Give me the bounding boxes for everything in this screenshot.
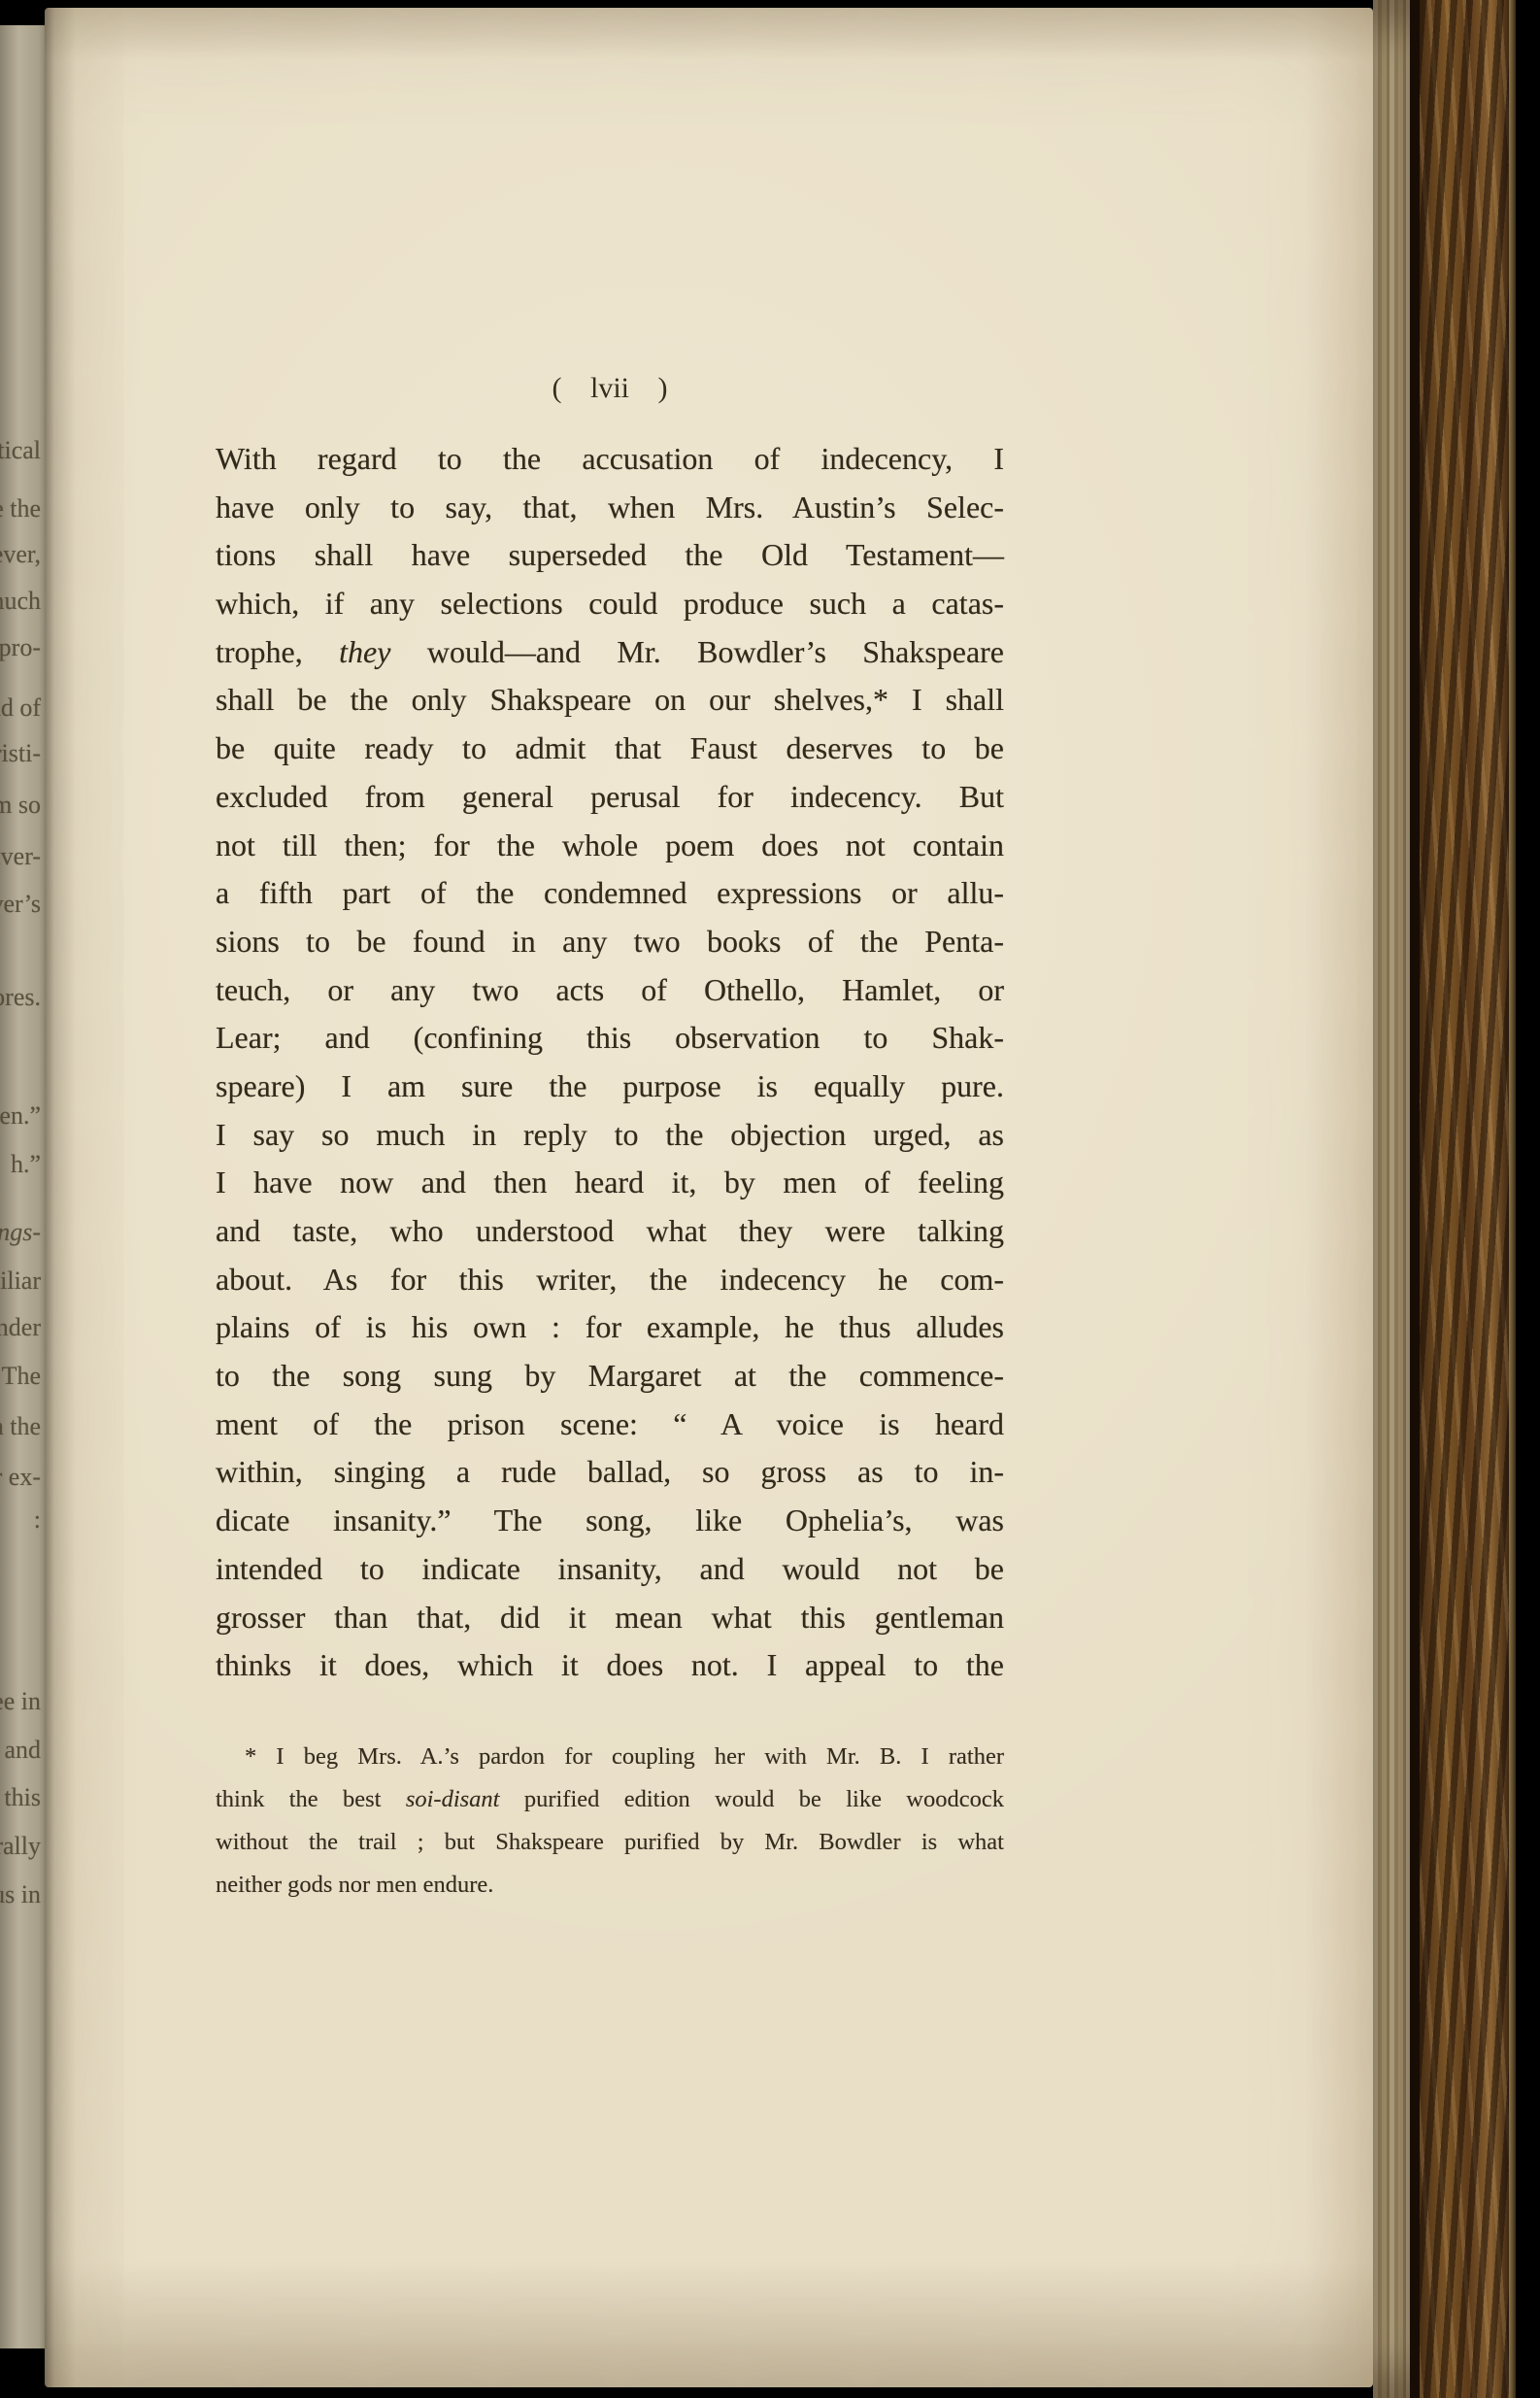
- text-line: and taste, who understood what they were…: [216, 1207, 1004, 1256]
- binding-gap: [1410, 0, 1420, 2398]
- left-page-text-fragment: ühlen.”: [0, 1101, 41, 1131]
- text-segment: would––and Mr. Bowdler’s Shakspeare: [390, 634, 1004, 669]
- text-segment: teuch, or any two acts of Othello, Hamle…: [216, 972, 1004, 1007]
- text-segment: intended to indicate insanity, and would…: [216, 1551, 1004, 1586]
- text-segment: ment of the prison scene: “ A voice is h…: [216, 1406, 1004, 1441]
- text-segment: which, if any selections could produce s…: [216, 586, 1004, 621]
- italic-text: soi-disant: [406, 1786, 500, 1812]
- left-page-text-fragment: agree in: [0, 1687, 41, 1716]
- text-line: grosser than that, did it mean what this…: [216, 1594, 1004, 1642]
- left-page-edge: sticale therever,muchl pro-ind ofhristi-…: [0, 25, 45, 2348]
- text-segment: purified edition would be like woodcock: [499, 1786, 1004, 1812]
- text-line: intended to indicate insanity, and would…: [216, 1545, 1004, 1594]
- text-line: With regard to the accusation of indecen…: [216, 435, 1004, 484]
- text-line: ment of the prison scene: “ A voice is h…: [216, 1401, 1004, 1449]
- left-page-text-fragment: much: [0, 587, 41, 616]
- text-segment: trophe,: [216, 634, 339, 669]
- text-segment: plains of is his own : for example, he t…: [216, 1309, 1004, 1344]
- text-segment: within, singing a rude ballad, so gross …: [216, 1454, 1004, 1489]
- footnote-line: * I beg Mrs. A.’s pardon for coupling he…: [216, 1736, 1004, 1778]
- text-line: excluded from general perusal for indece…: [216, 773, 1004, 822]
- text-line: speare) I am sure the purpose is equally…: [216, 1063, 1004, 1111]
- text-segment: * I beg Mrs. A.’s pardon for coupling he…: [245, 1743, 1004, 1770]
- text-line: about. As for this writer, the indecency…: [216, 1256, 1004, 1304]
- text-line: trophe, they would––and Mr. Bowdler’s Sh…: [216, 628, 1004, 677]
- left-page-text-fragment: om so: [0, 791, 41, 820]
- footnote-line: without the trail ; but Shakspeare purif…: [216, 1821, 1004, 1864]
- text-segment: With regard to the accusation of indecen…: [216, 441, 1004, 476]
- left-page-text-fragment: ind of: [0, 693, 41, 723]
- text-segment: tions shall have superseded the Old Test…: [216, 537, 1004, 572]
- text-line: teuch, or any two acts of Othello, Hamle…: [216, 966, 1004, 1015]
- cover-edge-highlight: [1509, 0, 1516, 2398]
- book-cover-marbled: [1420, 0, 1509, 2398]
- text-segment: to the song sung by Margaret at the comm…: [216, 1358, 1004, 1393]
- text-line: to the song sung by Margaret at the comm…: [216, 1352, 1004, 1401]
- text-segment: without the trail ; but Shakspeare purif…: [216, 1829, 1004, 1855]
- page-stack-edge: [1373, 0, 1410, 2398]
- footnote-line: think the best soi-disant purified editi…: [216, 1778, 1004, 1821]
- text-line: dicate insanity.” The song, like Ophelia…: [216, 1497, 1004, 1545]
- left-page-text-fragment: . The: [0, 1362, 41, 1391]
- text-line: plains of is his own : for example, he t…: [216, 1303, 1004, 1352]
- text-line: shall be the only Shakspeare on our shel…: [216, 676, 1004, 725]
- left-page-text-fragment: lover’s: [0, 890, 41, 919]
- text-line: I have now and then heard it, by men of …: [216, 1159, 1004, 1207]
- text-segment: dicate insanity.” The song, like Ophelia…: [216, 1503, 1004, 1537]
- text-segment: grosser than that, did it mean what this…: [216, 1600, 1004, 1635]
- left-page-text-fragment: l pro-: [0, 633, 41, 662]
- left-page-text-fragment: hat this: [0, 1783, 41, 1812]
- left-page-text-fragment: ich the: [0, 1412, 41, 1441]
- text-line: not till then; for the whole poem does n…: [216, 822, 1004, 870]
- book-page: ( lvii ) With regard to the accusation o…: [45, 8, 1373, 2387]
- text-segment: about. As for this writer, the indecency…: [216, 1262, 1004, 1297]
- text-segment: I say so much in reply to the objection …: [216, 1117, 1004, 1152]
- text-line: Lear; and (confining this observation to…: [216, 1014, 1004, 1063]
- left-page-text-fragment: scores.: [0, 983, 41, 1012]
- left-page-text-fragment: rever,: [0, 540, 41, 569]
- text-line: within, singing a rude ballad, so gross …: [216, 1448, 1004, 1497]
- text-segment: a fifth part of the condemned expression…: [216, 875, 1004, 910]
- left-page-text-fragment: onver-: [0, 842, 41, 871]
- text-line: which, if any selections could produce s…: [216, 580, 1004, 628]
- page-number: ( lvii ): [216, 369, 1004, 408]
- text-line: have only to say, that, when Mrs. Austin…: [216, 484, 1004, 532]
- text-line: be quite ready to admit that Faust deser…: [216, 725, 1004, 773]
- text-line: sions to be found in any two books of th…: [216, 918, 1004, 966]
- left-page-text-fragment: :: [34, 1505, 41, 1535]
- italic-text: they: [339, 634, 390, 669]
- left-page-text-fragment: rous in: [0, 1880, 41, 1909]
- left-page-text-fragment: e the: [0, 494, 41, 524]
- text-segment: excluded from general perusal for indece…: [216, 779, 1004, 814]
- text-line: thinks it does, which it does not. I app…: [216, 1641, 1004, 1690]
- text-segment: be quite ready to admit that Faust deser…: [216, 730, 1004, 765]
- left-page-text-fragment: blunder: [0, 1313, 41, 1342]
- footnote: * I beg Mrs. A.’s pardon for coupling he…: [216, 1736, 1004, 1907]
- text-segment: not till then; for the whole poem does n…: [216, 827, 1004, 862]
- left-page-text-fragment: stical: [0, 436, 41, 465]
- left-page-text-fragment: hnungs-: [0, 1218, 41, 1247]
- left-page-text-fragment: fair ex-: [0, 1463, 41, 1492]
- text-segment: shall be the only Shakspeare on our shel…: [216, 682, 1004, 717]
- text-segment: thinks it does, which it does not. I app…: [216, 1647, 1004, 1682]
- left-page-text-fragment: familiar: [0, 1267, 41, 1296]
- text-segment: and taste, who understood what they were…: [216, 1213, 1004, 1248]
- left-page-text-fragment: hristi-: [0, 739, 41, 768]
- text-segment: speare) I am sure the purpose is equally…: [216, 1068, 1004, 1103]
- book-scan: sticale therever,muchl pro-ind ofhristi-…: [0, 0, 1540, 2398]
- text-line: tions shall have superseded the Old Test…: [216, 531, 1004, 580]
- text-line: a fifth part of the condemned expression…: [216, 869, 1004, 918]
- text-segment: neither gods nor men endure.: [216, 1872, 493, 1898]
- text-column: ( lvii ) With regard to the accusation o…: [216, 8, 1004, 2387]
- left-page-text-fragment: enerally: [0, 1832, 41, 1861]
- text-segment: Lear; and (confining this observation to…: [216, 1020, 1004, 1055]
- body-text: With regard to the accusation of indecen…: [216, 435, 1004, 1690]
- footnote-line: neither gods nor men endure.: [216, 1864, 1004, 1907]
- left-page-text-fragment: wer and: [0, 1736, 41, 1765]
- left-page-text-fragment: h.”: [11, 1150, 41, 1179]
- text-segment: have only to say, that, when Mrs. Austin…: [216, 490, 1004, 524]
- text-segment: think the best: [216, 1786, 406, 1812]
- text-segment: sions to be found in any two books of th…: [216, 924, 1004, 959]
- text-segment: I have now and then heard it, by men of …: [216, 1165, 1004, 1199]
- text-line: I say so much in reply to the objection …: [216, 1111, 1004, 1160]
